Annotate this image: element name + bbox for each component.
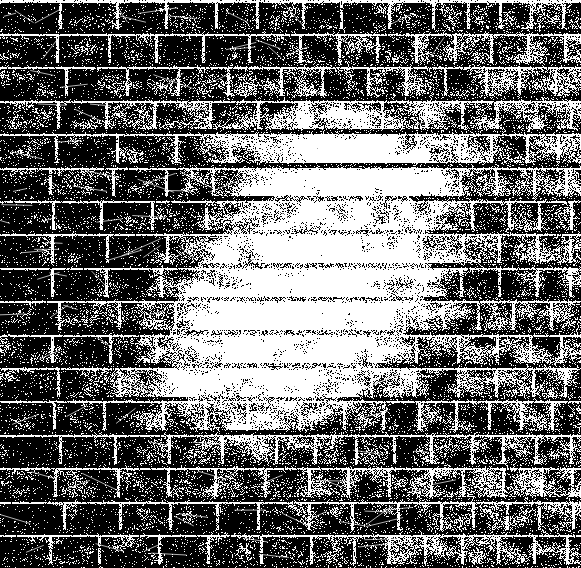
texture-canvas [0, 0, 581, 568]
texture-image [0, 0, 581, 568]
